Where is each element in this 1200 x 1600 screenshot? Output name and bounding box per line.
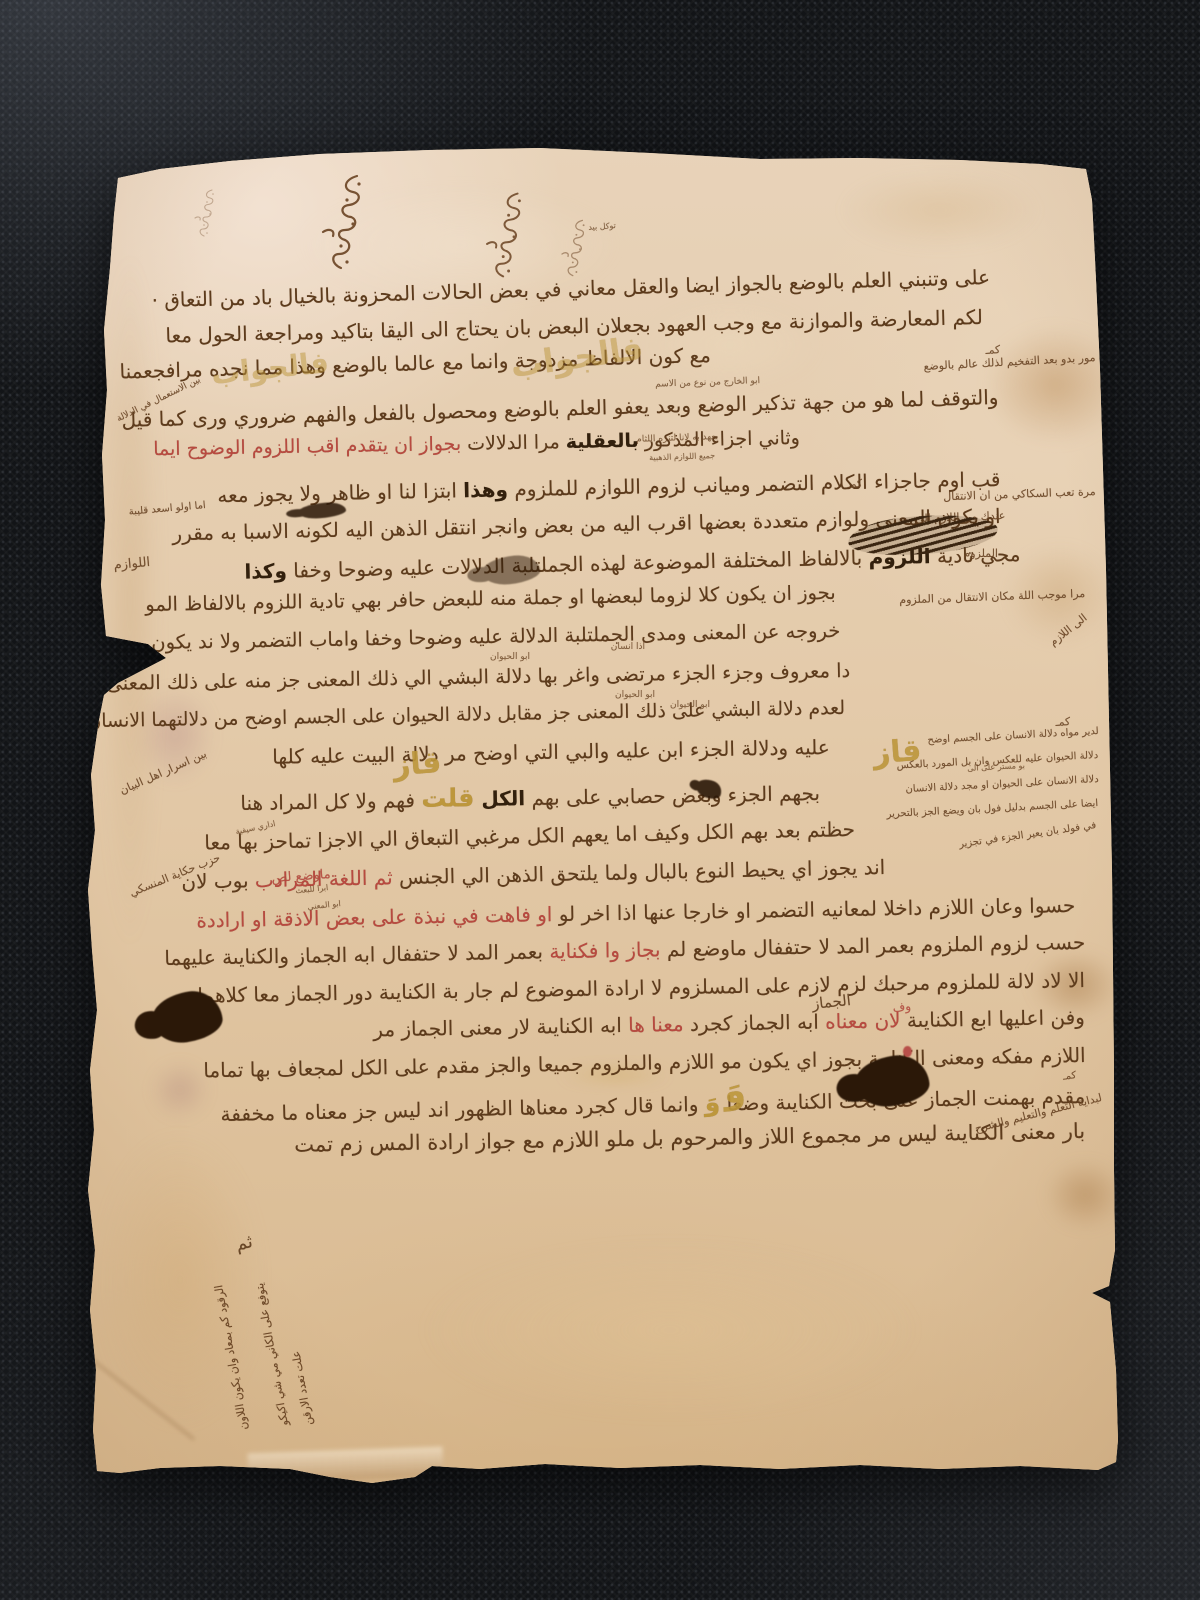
text-segment-gold: قاز <box>872 733 923 771</box>
margin-note: مور بدو بعد التفخيم لذلك عالم بالوضع <box>923 352 1096 373</box>
text-segment-ink2: كمـ <box>985 343 1001 357</box>
text-segment-ink: حظتم بعد بهم الكل وكيف اما يعهم الكل مرغ… <box>204 817 855 855</box>
manuscript-leaf: على وتنبني العلم بالوضع بالجواز ايضا وال… <box>0 0 1200 1600</box>
text-segment-red: وف <box>892 999 912 1015</box>
text-line: بجوز ان يكون كلا لزوما لبعضها او جملة من… <box>145 582 836 616</box>
interlinear-note: ابو الحيوان <box>615 690 655 700</box>
text-segment-ink2: توكل بيد <box>588 221 616 232</box>
text-segment-ink2: يتوفع على الكاني مي شي اكيكو <box>253 1282 291 1427</box>
isolated-word: كمـ <box>1055 716 1071 729</box>
isolated-word: كمـ <box>985 344 1001 357</box>
text-segment-red: او فاهت في نبذة على بعض الاذقة او اراددة <box>196 902 552 932</box>
paper-stain <box>985 325 1125 445</box>
text-segment-ink: وفن اعليها ابع الكنايىة <box>901 1005 1086 1032</box>
text-segment-red: بجواز ان يتقدم اقب اللزوم الوضوح ايما <box>153 433 461 460</box>
text-segment-ink2: كمـ <box>1062 1070 1077 1083</box>
text-segment-ink: ابه الجماز كجرد <box>684 1010 826 1036</box>
interlinear-note: ابو الحيوان <box>670 700 710 710</box>
text-segment-ink2: ابو الحيوان <box>490 652 530 662</box>
paper-stain <box>150 1060 210 1120</box>
colophon-line: الرقود كم بمعاد وان يكون اللاون <box>213 1284 251 1431</box>
text-segment-ink2: في فولد بان يعير الجزء في تجزير <box>958 820 1097 850</box>
margin-note: الملزوم <box>963 548 998 560</box>
text-segment-ink2: الرقود كم بمعاد وان يكون اللاون <box>212 1284 250 1431</box>
text-line: قب اوم جاجزاء الكلام التضمر وميانب لزوم … <box>217 468 1000 507</box>
text-segment-red: معنا ها <box>628 1012 684 1037</box>
text-segment-ink2: بين اسرار اهل البيان <box>118 747 209 797</box>
text-line: مقدم بهمنت الجماز على بحث الكنايىة وضعا … <box>220 1081 1085 1127</box>
text-segment-ink: عليه ودلالة الجزء ابن عليه والبي التي او… <box>273 735 831 769</box>
text-segment-ink: حسوا وعان اللازم داخلا لمعانيه التضمر او… <box>552 893 1075 926</box>
margin-note: ايضا على الجسم بدليل فول بان ويضع الجز ب… <box>886 798 1098 820</box>
interlinear-note: اذا انسان <box>611 642 645 652</box>
text-line: والتوقف لما هو من جهة تذكير الوضع وبعد ي… <box>121 386 998 431</box>
text-segment-dark: بالعقلية <box>566 430 639 453</box>
text-segment-ink: دا معروف وجزء الجزء مرتضى واغر بها دلالة… <box>56 659 850 696</box>
text-line: الا لاد لالة للملزوم مرحبك لزم لازم على … <box>197 969 1085 1007</box>
text-segment-ink2: لدير مواه دلالة الانسان على الجسم اوضح <box>927 726 1099 746</box>
text-line: بار معنى الكنايىة ليس مر مجموع اللاز وال… <box>294 1120 1085 1157</box>
calligraphic-flourish-mark <box>190 188 222 242</box>
text-segment-ink2: اللوازم <box>114 555 152 573</box>
text-segment-red: بجاز وا فكناية <box>549 937 661 963</box>
text-segment-gold: قلت <box>421 783 475 813</box>
calligraphic-flourish-mark <box>313 172 377 280</box>
text-line: عليه ودلالة الجزء ابن عليه والبي التي او… <box>273 736 831 768</box>
text-segment-ink2: دلالة الانسان على الحيوان او مجد دلالة ا… <box>905 774 1099 795</box>
colophon-line: يتوفع على الكاني مي شي اكيكو <box>254 1282 291 1427</box>
photograph-of-manuscript: على وتنبني العلم بالوضع بالجواز ايضا وال… <box>0 0 1200 1600</box>
margin-note: اما اولو اسعد قليبة <box>128 500 206 518</box>
text-segment-ink2: مرا موجب اللة مكان الانتقال من الملزوم <box>899 587 1085 606</box>
text-segment-ink: خروجه عن المعنى ومدى الجملتلبة الدلالة ع… <box>151 619 840 654</box>
text-segment-ink2: كمـ <box>1055 715 1071 729</box>
text-segment-ink2: مور بدو بعد التفخيم لذلك عالم بالوضع <box>923 351 1096 373</box>
text-segment-ink: بعمر المد لا حتففال ابه الجماز والكنايىة… <box>164 939 549 970</box>
text-segment-ink: لعدم دلالة البشي على ذلك المعنى جز مقابل… <box>87 697 845 732</box>
text-segment-dark: الكل <box>474 786 525 811</box>
text-line: وفن اعليها ابع الكنايىة لان معناه ابه ال… <box>373 1006 1085 1041</box>
interlinear-note: جميع اللوازم الذهبية <box>649 452 715 463</box>
text-segment-ink2: كمـ <box>847 477 863 491</box>
text-segment-ink: حسب لزوم الملزوم بعمر المد لا حتففال ماو… <box>660 930 1085 961</box>
margin-note: مرة تعب السكاكي من ان الانتقال <box>943 486 1096 504</box>
bottom-edge-fold-crease <box>248 1447 444 1484</box>
paper-stain <box>840 170 1040 250</box>
text-line: بجهم الجزء وبعض حصابي على بهم الكل قلت ف… <box>240 778 820 816</box>
paper-stain <box>420 1240 920 1420</box>
text-segment-ink2: بو مستر على الى <box>967 761 1025 773</box>
text-segment-ink: على وتنبني العلم بالوضع بالجواز ايضا وال… <box>152 265 991 312</box>
text-segment-ink: بار معنى الكنايىة ليس مر مجموع اللاز وال… <box>294 1119 1085 1157</box>
isolated-word: كمـ <box>847 478 863 491</box>
interlinear-note: ابرا للبعث <box>295 884 329 896</box>
margin-note: الى اللازم <box>1047 612 1089 649</box>
text-segment-ink: ابه الكنايىة لار معنى الجماز مر <box>373 1013 628 1041</box>
margin-note: اللوازم <box>114 556 152 574</box>
text-segment-ink: ابتزا لنا او ظاهر ولا يجوز معه <box>217 478 463 507</box>
text-segment-gold: قاز <box>392 745 443 783</box>
text-segment-ink2: اذا انسان <box>611 642 645 652</box>
text-line: حظتم بعد بهم الكل وكيف اما يعهم الكل مرغ… <box>204 818 855 854</box>
text-segment-ink: اند يجوز اي يحيط النوع بالبال ولما يلتحق… <box>392 855 885 889</box>
text-segment-gold: وَ <box>723 1071 747 1112</box>
text-line: خروجه عن المعنى ومدى الجملتلبة الدلالة ع… <box>151 620 840 654</box>
margin-note: في فولد بان يعير الجزء في تجزير <box>958 820 1097 850</box>
interlinear-note: ابو الحيوان <box>490 652 530 662</box>
text-segment-ink2: علت تعدد الارقن <box>289 1350 315 1426</box>
calligraphic-flourish-mark <box>478 190 536 287</box>
text-segment-ink: وانما قال كجرد معناها الظهور اند ليس جز … <box>220 1092 705 1126</box>
margin-note: دلالة الانسان على الحيوان او مجد دلالة ا… <box>905 774 1099 795</box>
margin-note: بين اسرار اهل البيان <box>118 748 209 797</box>
text-segment-ink2: الى اللازم <box>1047 611 1090 648</box>
text-segment-ink: مرا الدلالات <box>461 431 566 455</box>
text-segment-gold: فالجواب <box>210 345 331 391</box>
text-segment-ink: بجهم الجزء وبعض حصابي على بهم <box>525 781 820 810</box>
text-segment-ink2: ابرا للبعث <box>295 883 329 895</box>
gold-rubric-word: قاز <box>872 734 922 771</box>
text-segment-ink: قب اوم جاجزاء الكلام التضمر وميانب لزوم … <box>508 467 1001 501</box>
faded-gold-word: فالجواب <box>210 346 331 391</box>
interlinear-note: توكل بيد <box>588 222 616 233</box>
isolated-word: ثم <box>234 1232 255 1256</box>
text-segment-ink2: اما اولو اسعد قليبة <box>128 500 206 518</box>
isolated-word: وف <box>892 1000 912 1015</box>
margin-note: مرا موجب اللة مكان الانتقال من الملزوم <box>899 588 1085 607</box>
paper-stain <box>1045 1160 1125 1230</box>
colophon-line: علت تعدد الارقن <box>290 1350 315 1426</box>
text-segment-gold: وَ <box>705 1088 721 1117</box>
corner-crease <box>91 1358 195 1440</box>
text-segment-ink: فهم ولا كل المراد هنا <box>240 788 421 815</box>
text-segment-red: لان معناه <box>825 1008 901 1033</box>
text-segment-dark: وكذا <box>244 559 287 584</box>
interlinear-note: ابو الخارج من نوع من الاسم <box>655 376 760 390</box>
text-segment-ink: ثم <box>233 1231 255 1255</box>
gold-rubric-word: وَ <box>723 1072 747 1112</box>
text-segment-dark: وهذا <box>463 477 508 502</box>
text-segment-ink2: ابو الحيوان <box>670 700 710 710</box>
gold-rubric-word: قاز <box>392 746 442 783</box>
text-line: دا معروف وجزء الجزء مرتضى واغر بها دلالة… <box>56 660 850 696</box>
text-segment-ink: بجوز ان يكون كلا لزوما لبعضها او جملة من… <box>145 581 836 616</box>
text-line: اللازم مفكه ومعنى الكنايىة بجوز اي يكون … <box>203 1044 1086 1082</box>
text-segment-ink: اللازم مفكه ومعنى الكنايىة بجوز اي يكون … <box>203 1043 1086 1082</box>
text-segment-ink: والتوقف لما هو من جهة تذكير الوضع وبعد ي… <box>121 385 998 432</box>
text-line: لعدم دلالة البشي على ذلك المعنى جز مقابل… <box>87 698 845 732</box>
text-segment-ink2: ابو الخارج من نوع من الاسم <box>655 376 760 390</box>
text-segment-ink2: جميع اللوازم الذهبية <box>649 451 715 462</box>
text-segment-ink2: الملزوم <box>963 547 998 560</box>
text-segment-ink: بالالفاظ المختلفة الموضوعة لهذه الجملتلب… <box>286 545 868 582</box>
isolated-word: كمـ <box>1062 1070 1077 1083</box>
text-line: على وتنبني العلم بالوضع بالجواز ايضا وال… <box>152 266 991 312</box>
text-line: حسب لزوم الملزوم بعمر المد لا حتففال ماو… <box>164 931 1085 969</box>
text-segment-ink2: ابو الحيوان <box>615 690 655 700</box>
text-segment-ink2: ايضا على الجسم بدليل فول بان ويضع الجز ب… <box>886 798 1098 820</box>
interlinear-note: بو مستر على الى <box>967 762 1025 774</box>
text-segment-ink: الا لاد لالة للملزوم مرحبك لزم لازم على … <box>197 968 1085 1007</box>
margin-note: لدير مواه دلالة الانسان على الجسم اوضح <box>927 726 1099 746</box>
red-ink-dot <box>903 1046 912 1057</box>
paper-shadow-wrapper: على وتنبني العلم بالوضع بالجواز ايضا وال… <box>0 0 1200 1600</box>
